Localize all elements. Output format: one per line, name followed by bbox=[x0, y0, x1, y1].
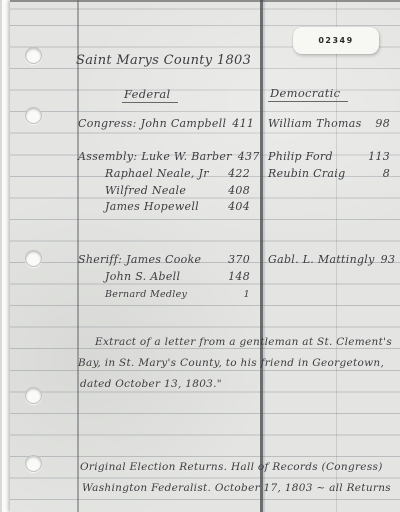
column-header-democratic: Democratic bbox=[268, 86, 348, 102]
candidate-name: Raphael Neale, Jr bbox=[78, 167, 209, 180]
candidate-name: William Thomas bbox=[268, 117, 362, 130]
office-label: Sheriff: bbox=[78, 253, 126, 266]
page-top-edge bbox=[10, 0, 400, 2]
binder-hole bbox=[25, 250, 42, 267]
source-note-line: Washington Federalist. October 17, 1803 … bbox=[82, 482, 391, 494]
archive-number: 02349 bbox=[318, 36, 353, 45]
result-row-democratic: William Thomas 98 bbox=[268, 117, 390, 130]
vote-count: 411 bbox=[226, 117, 254, 130]
vote-count: 422 bbox=[222, 167, 250, 180]
result-row-federal: James Hopewell 404 bbox=[78, 200, 250, 213]
vote-count: 404 bbox=[222, 200, 250, 213]
vote-count: 408 bbox=[222, 184, 250, 197]
result-row-federal: John S. Abell 148 bbox=[78, 270, 250, 283]
candidate-name: Philip Ford bbox=[268, 150, 333, 163]
result-row-federal: Assembly: Luke W. Barber 437 bbox=[78, 150, 250, 163]
result-row-democratic: Reubin Craig 8 bbox=[268, 167, 390, 180]
result-row-federal: Sheriff: James Cooke 370 bbox=[78, 253, 250, 266]
office-label: Assembly: bbox=[78, 150, 141, 163]
candidate-name: Gabl. L. Mattingly bbox=[268, 253, 375, 266]
candidate-name: Luke W. Barber bbox=[141, 150, 231, 163]
extract-note-line: dated October 13, 1803." bbox=[80, 378, 222, 390]
binder-hole bbox=[25, 107, 42, 124]
page-title: Saint Marys County 1803 bbox=[76, 53, 251, 68]
office-label: Congress: bbox=[78, 117, 141, 130]
column-divider-line bbox=[260, 0, 263, 512]
result-row-federal: Congress: John Campbell 411 bbox=[78, 117, 250, 130]
candidate-name: Wilfred Neale bbox=[78, 184, 186, 197]
result-row-democratic: Philip Ford 113 bbox=[268, 150, 390, 163]
vote-count: 148 bbox=[222, 270, 250, 283]
binder-hole bbox=[25, 387, 42, 404]
candidate-name: Bernard Medley bbox=[78, 289, 187, 300]
vote-count: 1 bbox=[238, 289, 250, 300]
vote-count: 98 bbox=[369, 117, 390, 130]
extract-note-line: Bay, in St. Mary's County, to his friend… bbox=[78, 357, 384, 369]
result-row-federal: Wilfred Neale 408 bbox=[78, 184, 250, 197]
vote-count: 437 bbox=[232, 150, 260, 163]
extract-note-line: Extract of a letter from a gentleman at … bbox=[78, 336, 392, 348]
binder-hole bbox=[25, 455, 42, 472]
candidate-name: Reubin Craig bbox=[268, 167, 345, 180]
scanned-page: 02349 Saint Marys County 1803 Federal De… bbox=[0, 0, 400, 512]
scanner-edge bbox=[0, 0, 2, 512]
result-row-federal: Bernard Medley 1 bbox=[78, 287, 250, 300]
candidate-name: John S. Abell bbox=[78, 270, 180, 283]
candidate-name: John Campbell bbox=[141, 117, 227, 130]
column-header-federal: Federal bbox=[122, 87, 178, 103]
binder-hole bbox=[25, 47, 42, 64]
candidate-name: James Hopewell bbox=[78, 200, 199, 213]
vote-count: 113 bbox=[362, 150, 390, 163]
vote-count: 8 bbox=[377, 167, 390, 180]
source-note-line: Original Election Returns. Hall of Recor… bbox=[80, 461, 383, 473]
result-row-federal: Raphael Neale, Jr 422 bbox=[78, 167, 250, 180]
candidate-name: James Cooke bbox=[126, 253, 201, 266]
archive-number-sticker: 02349 bbox=[293, 27, 379, 54]
result-row-democratic: Gabl. L. Mattingly 93 bbox=[268, 253, 390, 266]
vote-count: 93 bbox=[375, 253, 396, 266]
vote-count: 370 bbox=[222, 253, 250, 266]
